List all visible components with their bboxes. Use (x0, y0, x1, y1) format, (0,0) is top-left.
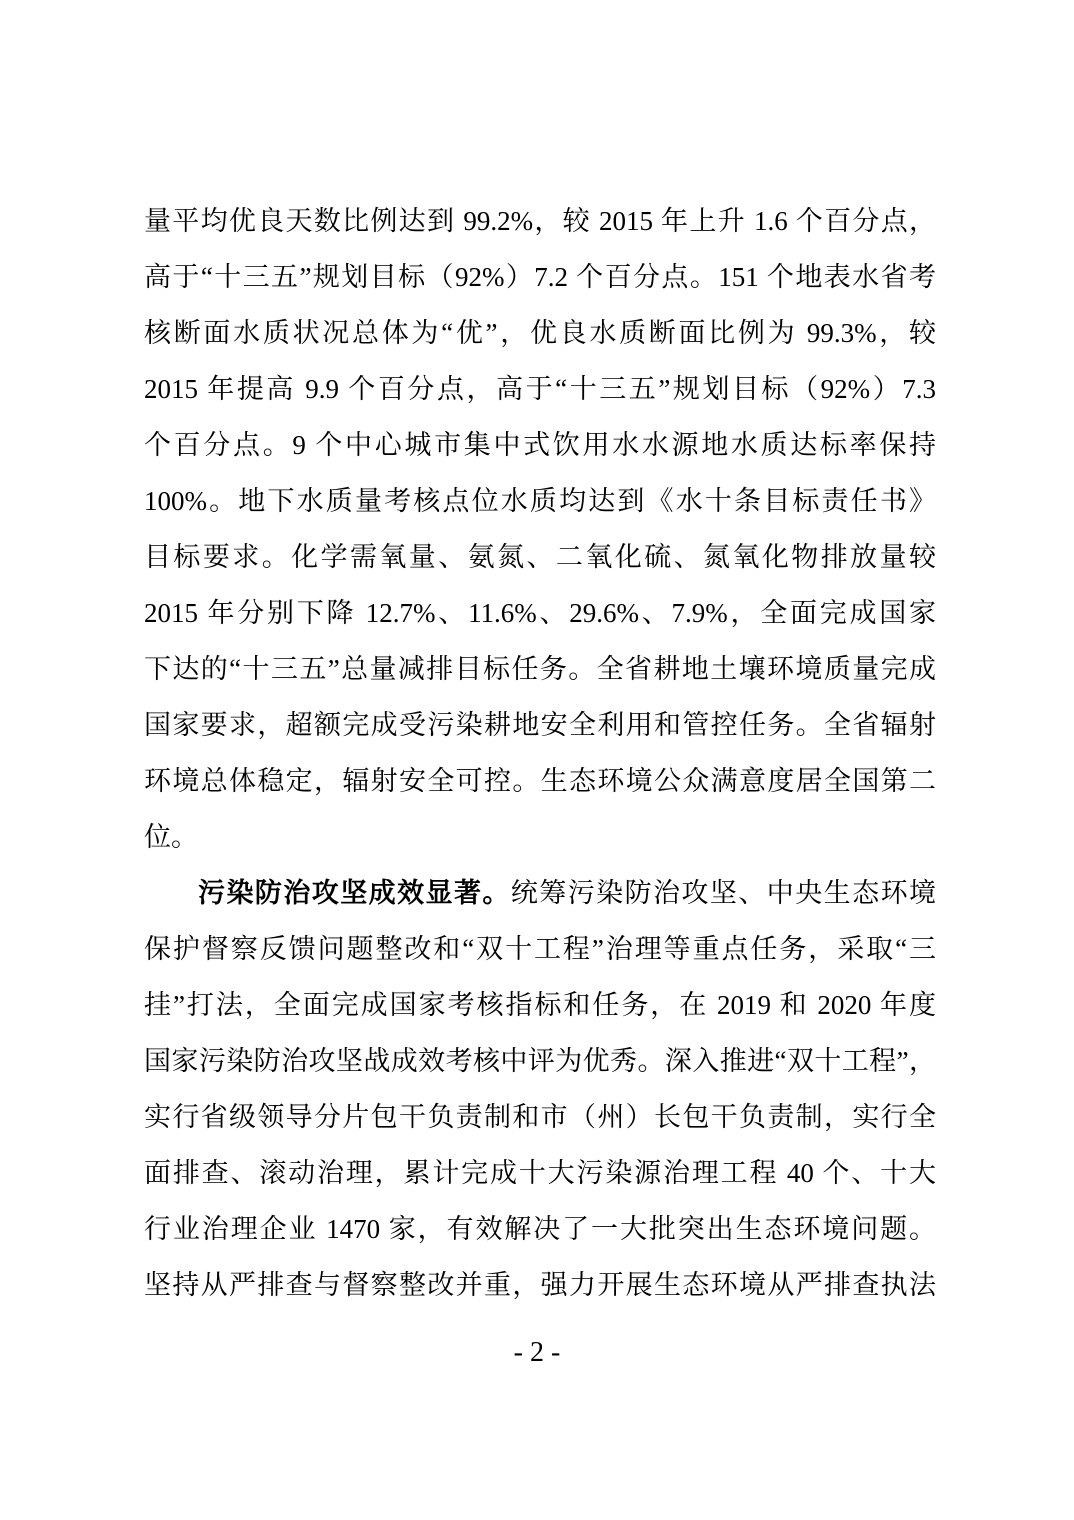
text-line: 2015 年提高 9.9 个百分点，高于“十三五”规划目标（92%）7.3 (144, 361, 936, 417)
text-line: 国家要求，超额完成受污染耕地安全利用和管控任务。全省辐射 (144, 697, 936, 753)
text-line: 行业治理企业 1470 家，有效解决了一大批突出生态环境问题。 (144, 1201, 936, 1257)
text-line: 2015 年分别下降 12.7%、11.6%、29.6%、7.9%，全面完成国家 (144, 585, 936, 641)
document-page: 量平均优良天数比例达到 99.2%，较 2015 年上升 1.6 个百分点， 高… (0, 0, 1074, 1520)
text-line: 量平均优良天数比例达到 99.2%，较 2015 年上升 1.6 个百分点， (144, 193, 936, 249)
page-number: - 2 - (0, 1325, 1074, 1381)
text-line: 100%。地下水质量考核点位水质均达到《水十条目标责任书》 (144, 473, 936, 529)
text-line: 位。 (144, 809, 936, 865)
paragraph-text: 统筹污染防治攻坚、中央生态环境 (511, 878, 936, 908)
text-line: 高于“十三五”规划目标（92%）7.2 个百分点。151 个地表水省考 (144, 249, 936, 305)
text-line: 挂”打法，全面完成国家考核指标和任务，在 2019 和 2020 年度 (144, 977, 936, 1033)
text-block: 量平均优良天数比例达到 99.2%，较 2015 年上升 1.6 个百分点， 高… (144, 193, 936, 1313)
text-line: 核断面水质状况总体为“优”，优良水质断面比例为 99.3%，较 (144, 305, 936, 361)
text-line: 环境总体稳定，辐射安全可控。生态环境公众满意度居全国第二 (144, 753, 936, 809)
text-line: 下达的“十三五”总量减排目标任务。全省耕地土壤环境质量完成 (144, 641, 936, 697)
text-line: 面排查、滚动治理，累计完成十大污染源治理工程 40 个、十大 (144, 1145, 936, 1201)
text-line: 实行省级领导分片包干负责制和市（州）长包干负责制，实行全 (144, 1089, 936, 1145)
text-line-paragraph-start: 污染防治攻坚成效显著。统筹污染防治攻坚、中央生态环境 (144, 865, 936, 921)
text-line: 坚持从严排查与督察整改并重，强力开展生态环境从严排查执法 (144, 1257, 936, 1313)
text-line: 国家污染防治攻坚战成效考核中评为优秀。深入推进“双十工程”， (144, 1033, 936, 1089)
text-line: 个百分点。9 个中心城市集中式饮用水水源地水质达标率保持 (144, 417, 936, 473)
text-line: 保护督察反馈问题整改和“双十工程”治理等重点任务，采取“三 (144, 921, 936, 977)
text-line: 目标要求。化学需氧量、氨氮、二氧化硫、氮氧化物排放量较 (144, 529, 936, 585)
paragraph-heading: 污染防治攻坚成效显著。 (198, 878, 511, 908)
